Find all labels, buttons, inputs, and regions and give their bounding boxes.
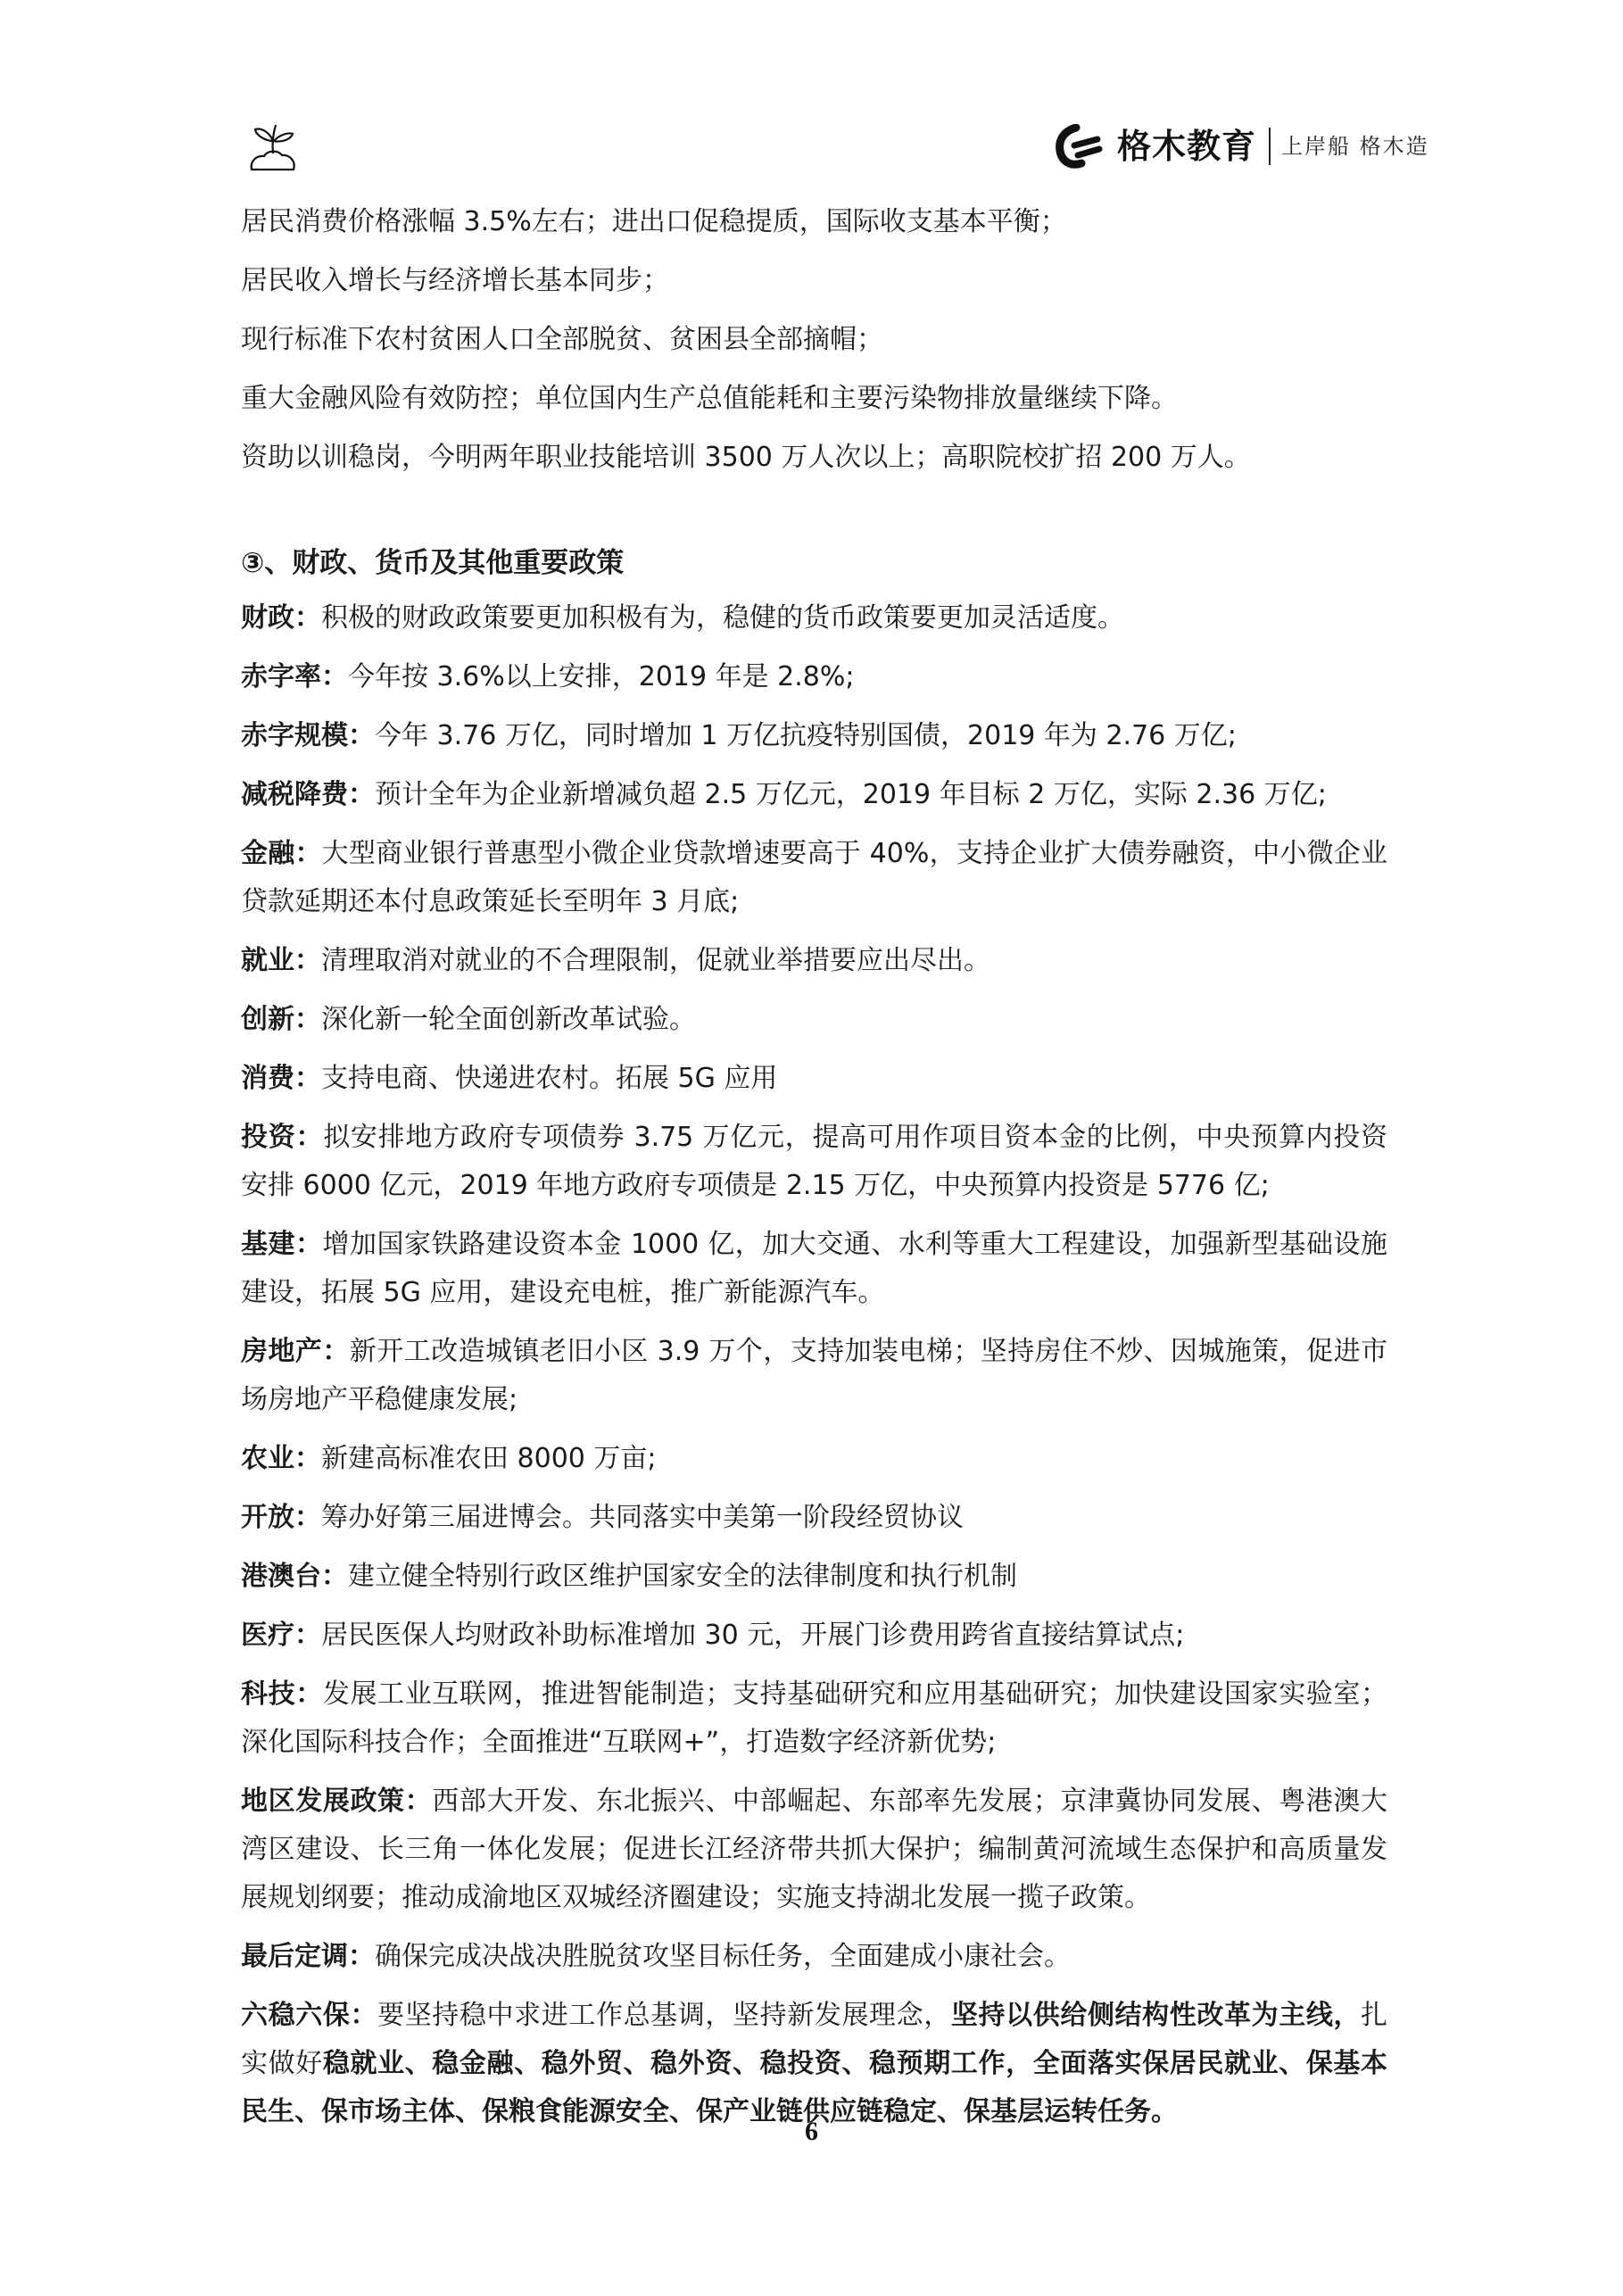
policy-text: 积极的财政政策要更加积极有为，稳健的货币政策要更加灵活适度。 xyxy=(321,602,1124,634)
policy-label: 农业 xyxy=(241,1443,294,1474)
policy-label: 港澳台 xyxy=(241,1561,321,1592)
policy-label: 赤字率 xyxy=(241,661,321,692)
policy-label: 金融 xyxy=(241,838,294,869)
intro-line: 重大金融风险有效防控；单位国内生产总值能耗和主要污染物排放量继续下降。 xyxy=(241,375,1387,423)
policy-text: 要坚持稳中求进工作总基调，坚持新发展理念， xyxy=(377,2000,951,2031)
policy-text: 新建高标准农田 8000 万亩; xyxy=(321,1443,657,1474)
policy-item: 医疗：居民医保人均财政补助标准增加 30 元，开展门诊费用跨省直接结算试点; xyxy=(241,1612,1387,1660)
document-body: 居民消费价格涨幅 3.5%左右；进出口促稳提质，国际收支基本平衡； 居民收入增长… xyxy=(241,198,1387,2147)
policy-text: 建立健全特别行政区维护国家安全的法律制度和执行机制 xyxy=(348,1561,1017,1592)
policy-item: 农业：新建高标准农田 8000 万亩; xyxy=(241,1435,1387,1483)
policy-item: 财政：积极的财政政策要更加积极有为，稳健的货币政策要更加灵活适度。 xyxy=(241,594,1387,642)
section-heading: ③、财政、货币及其他重要政策 xyxy=(241,539,1387,587)
gemu-logo-icon xyxy=(1055,124,1105,169)
policy-label: 房地产 xyxy=(241,1336,322,1367)
policy-item: 投资：拟安排地方政府专项债券 3.75 万亿元，提高可用作项目资本金的比例，中央… xyxy=(241,1114,1387,1210)
policy-item-six-stability: 六稳六保：要坚持稳中求进工作总基调，坚持新发展理念，坚持以供给侧结构性改革为主线… xyxy=(241,1992,1387,2136)
policy-label: 最后定调 xyxy=(241,1941,348,1972)
policy-label: 消费 xyxy=(241,1063,294,1094)
policy-item: 科技：发展工业互联网，推进智能制造；支持基础研究和应用基础研究；加快建设国家实验… xyxy=(241,1670,1387,1767)
policy-item: 港澳台：建立健全特别行政区维护国家安全的法律制度和执行机制 xyxy=(241,1553,1387,1601)
sprout-icon xyxy=(248,114,298,171)
policy-item: 创新：深化新一轮全面创新改革试验。 xyxy=(241,996,1387,1044)
policy-text: 发展工业互联网，推进智能制造；支持基础研究和应用基础研究；加快建设国家实验室；深… xyxy=(241,1678,1387,1758)
page-header: 格木教育 上岸船 格木造 xyxy=(0,0,1623,196)
policy-label: 创新 xyxy=(241,1004,294,1035)
policy-text: 清理取消对就业的不合理限制，促就业举措要应出尽出。 xyxy=(321,945,990,976)
policy-label: 就业 xyxy=(241,945,294,976)
policy-text: 支持电商、快递进农村。拓展 5G 应用 xyxy=(321,1063,777,1094)
brand-divider xyxy=(1269,128,1271,165)
policy-label: 科技 xyxy=(241,1678,295,1710)
policy-text: 大型商业银行普惠型小微企业贷款增速要高于 40%，支持企业扩大债券融资，中小微企… xyxy=(241,838,1387,917)
policy-text: 今年 3.76 万亿，同时增加 1 万亿抗疫特别国债，2019 年为 2.76 … xyxy=(375,720,1237,751)
policy-label: 地区发展政策 xyxy=(241,1786,405,1817)
policy-text: 今年按 3.6%以上安排，2019 年是 2.8%; xyxy=(348,661,855,692)
policy-item: 开放：筹办好第三届进博会。共同落实中美第一阶段经贸协议 xyxy=(241,1494,1387,1542)
policy-text-emphasis: 稳就业、稳金融、稳外贸、稳外资、稳投资、稳预期工作，全面落实保居民就业、保基本民… xyxy=(241,2048,1387,2127)
policy-item: 赤字规模：今年 3.76 万亿，同时增加 1 万亿抗疫特别国债，2019 年为 … xyxy=(241,712,1387,760)
policy-label: 医疗 xyxy=(241,1620,294,1651)
policy-label: 开放 xyxy=(241,1502,294,1533)
policy-label: 六稳六保 xyxy=(241,2000,350,2031)
policy-item: 赤字率：今年按 3.6%以上安排，2019 年是 2.8%; xyxy=(241,653,1387,701)
policy-label: 减税降费 xyxy=(241,779,348,810)
policy-item: 减税降费：预计全年为企业新增减负超 2.5 万亿元，2019 年目标 2 万亿，… xyxy=(241,771,1387,819)
page-number: 6 xyxy=(0,2117,1623,2147)
brand-name: 格木教育 xyxy=(1117,124,1256,169)
policy-text-emphasis: 坚持以供给侧结构性改革为主线， xyxy=(951,2000,1361,2031)
policy-item: 消费：支持电商、快递进农村。拓展 5G 应用 xyxy=(241,1055,1387,1103)
brand-logo: 格木教育 上岸船 格木造 xyxy=(1055,123,1429,170)
brand-slogan: 上岸船 格木造 xyxy=(1281,124,1429,169)
policy-item: 房地产：新开工改造城镇老旧小区 3.9 万个，支持加装电梯；坚持房住不炒、因城施… xyxy=(241,1328,1387,1424)
policy-label: 财政 xyxy=(241,602,294,634)
intro-line: 现行标准下农村贫困人口全部脱贫、贫困县全部摘帽； xyxy=(241,316,1387,364)
intro-line: 居民消费价格涨幅 3.5%左右；进出口促稳提质，国际收支基本平衡； xyxy=(241,198,1387,246)
policy-item: 最后定调：确保完成决战决胜脱贫攻坚目标任务，全面建成小康社会。 xyxy=(241,1933,1387,1981)
intro-line: 资助以训稳岗，今明两年职业技能培训 3500 万人次以上；高职院校扩招 200 … xyxy=(241,434,1387,482)
policy-item: 基建：增加国家铁路建设资本金 1000 亿，加大交通、水利等重大工程建设，加强新… xyxy=(241,1221,1387,1317)
policy-text: 确保完成决战决胜脱贫攻坚目标任务，全面建成小康社会。 xyxy=(375,1941,1071,1972)
policy-text: 深化新一轮全面创新改革试验。 xyxy=(321,1004,696,1035)
policy-item: 金融：大型商业银行普惠型小微企业贷款增速要高于 40%，支持企业扩大债券融资，中… xyxy=(241,830,1387,926)
policy-label: 基建 xyxy=(241,1229,295,1260)
intro-line: 居民收入增长与经济增长基本同步； xyxy=(241,257,1387,305)
policy-text: 预计全年为企业新增减负超 2.5 万亿元，2019 年目标 2 万亿，实际 2.… xyxy=(375,779,1327,810)
policy-text: 拟安排地方政府专项债券 3.75 万亿元，提高可用作项目资本金的比例，中央预算内… xyxy=(241,1122,1387,1201)
policy-label: 投资 xyxy=(241,1122,295,1153)
policy-item: 地区发展政策：西部大开发、东北振兴、中部崛起、东部率先发展；京津冀协同发展、粤港… xyxy=(241,1778,1387,1922)
policy-text: 居民医保人均财政补助标准增加 30 元，开展门诊费用跨省直接结算试点; xyxy=(321,1620,1184,1651)
policy-text: 筹办好第三届进博会。共同落实中美第一阶段经贸协议 xyxy=(321,1502,964,1533)
policy-label: 赤字规模 xyxy=(241,720,348,751)
policy-item: 就业：清理取消对就业的不合理限制，促就业举措要应出尽出。 xyxy=(241,937,1387,985)
policy-text: 新开工改造城镇老旧小区 3.9 万个，支持加装电梯；坚持房住不炒、因城施策，促进… xyxy=(241,1336,1387,1415)
policy-text: 增加国家铁路建设资本金 1000 亿，加大交通、水利等重大工程建设，加强新型基础… xyxy=(241,1229,1387,1308)
